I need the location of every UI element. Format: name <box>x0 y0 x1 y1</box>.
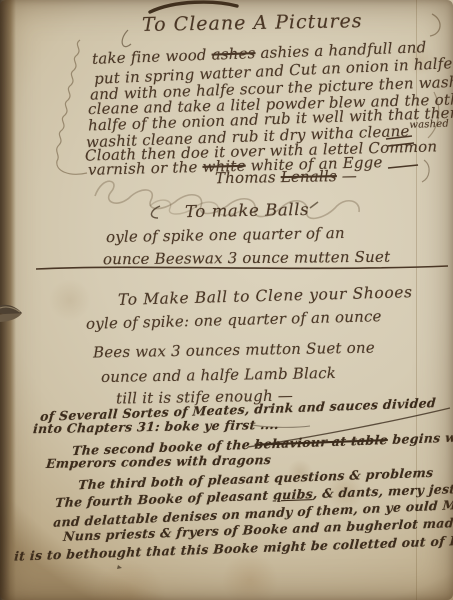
manuscript-line: oyle of spike: one quarter of an ounce <box>86 309 382 332</box>
manuscript-line: Bees wax 3 ounces mutton Suet one <box>93 341 375 361</box>
signature-surname-struck: Lenalls <box>281 167 337 186</box>
manuscript-line: oyle of spike one quarter of an <box>106 226 345 245</box>
inserted-word: washed <box>409 120 449 131</box>
manuscript-line: ounce and a halfe Lamb Black <box>101 366 336 385</box>
clasp-icon <box>0 300 24 334</box>
underlined-word: quibs <box>273 486 314 502</box>
signature-given-name: Thomas <box>215 168 281 187</box>
line-text: begins with <box>387 429 453 447</box>
recipe2-title: To make Balls <box>185 202 309 221</box>
recipe1-title: To Cleane A Pictures <box>142 12 363 35</box>
page-bottom-edge <box>0 590 453 600</box>
manuscript-line: into Chapters 31: boke ye first .... <box>32 419 279 436</box>
recipe3-title: To Make Ball to Clene your Shooes <box>118 285 413 308</box>
struck-phrase: behaviour at table <box>254 432 388 452</box>
signature: Thomas Lenalls — <box>215 169 357 186</box>
manuscript-line: ounce Beeswax 3 ounce mutten Suet <box>103 250 390 268</box>
struck-word: ashes <box>211 44 255 64</box>
signature-dash: — <box>342 167 358 185</box>
book-clasp <box>0 300 24 338</box>
manuscript-page-photo: To Cleane A Pictures take fine wood ashe… <box>0 0 453 600</box>
line-text: varnish or the <box>88 158 203 179</box>
manuscript-line: Emperors condes with dragons <box>45 454 271 470</box>
